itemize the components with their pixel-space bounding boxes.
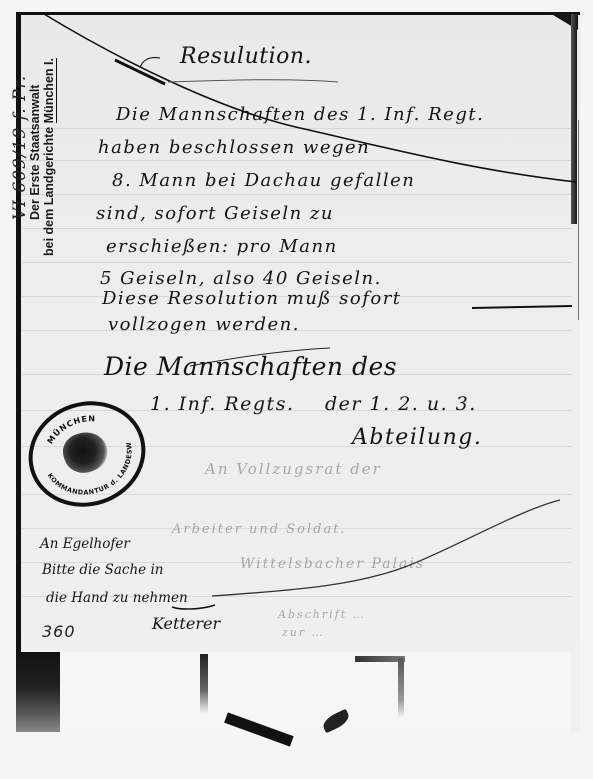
prosecutor-stamp: VI 609/19 f. Pr. Der Erste Staatsanwalt … <box>14 2 54 262</box>
body-line-4: sind, sofort Geiseln zu <box>96 203 334 224</box>
pencil-note-2: Arbeiter und Soldat. <box>172 522 347 537</box>
dark-streak <box>398 658 404 718</box>
side-note-line-1: An Egelhofer <box>40 536 130 552</box>
ruled-line <box>22 128 572 129</box>
sheet-right-edge <box>571 14 577 224</box>
signature-line-2-right: der 1. 2. u. 3. <box>325 393 477 415</box>
ruled-line <box>22 262 572 263</box>
body-line-8: vollzogen werden. <box>108 314 300 335</box>
ruled-line <box>22 194 572 195</box>
signature-line-1: Die Mannschaften des <box>104 352 397 381</box>
sheet-right-edge-line <box>578 120 579 320</box>
side-note-line-2: Bitte die Sache in <box>42 562 163 578</box>
sheet-bottom-strip <box>16 652 571 732</box>
body-line-3: 8. Mann bei Dachau gefallen <box>112 170 415 191</box>
file-number: VI 609/19 f. Pr. <box>10 75 30 220</box>
body-line-1: Die Mannschaften des 1. Inf. Regt. <box>116 104 484 125</box>
body-line-6: 5 Geiseln, also 40 Geiseln. <box>100 268 382 289</box>
side-note-signature: Ketterer <box>152 614 220 633</box>
stamp-city: München I. <box>42 58 57 123</box>
side-note-line-3: die Hand zu nehmen <box>46 590 188 606</box>
dark-streak <box>200 654 208 714</box>
ruled-line <box>22 160 572 161</box>
signature-line-3: Abteilung. <box>352 425 482 450</box>
pencil-note-3: Wittelsbacher Palais <box>240 556 425 572</box>
pencil-note-4: Abschrift … <box>278 608 366 621</box>
stamp-line-2: bei dem Landgerichte München I. <box>42 58 56 256</box>
body-line-5: erschießen: pro Mann <box>106 236 338 257</box>
ruled-line <box>22 228 572 229</box>
signature-line-2-left: 1. Inf. Regts. <box>150 393 294 415</box>
page-number: 360 <box>42 622 76 641</box>
body-line-2: haben beschlossen wegen <box>98 137 370 158</box>
stamp-line-2-prefix: bei dem Landgerichte <box>42 123 56 256</box>
pencil-note-1: An Vollzugsrat der <box>205 460 382 478</box>
dark-shadow-block <box>16 652 60 732</box>
document-title: Resulution. <box>180 44 312 69</box>
body-line-7: Diese Resolution muß sofort <box>102 288 402 309</box>
pencil-note-5: zur … <box>282 626 325 639</box>
stamp-line-1: Der Erste Staatsanwalt <box>28 85 42 220</box>
